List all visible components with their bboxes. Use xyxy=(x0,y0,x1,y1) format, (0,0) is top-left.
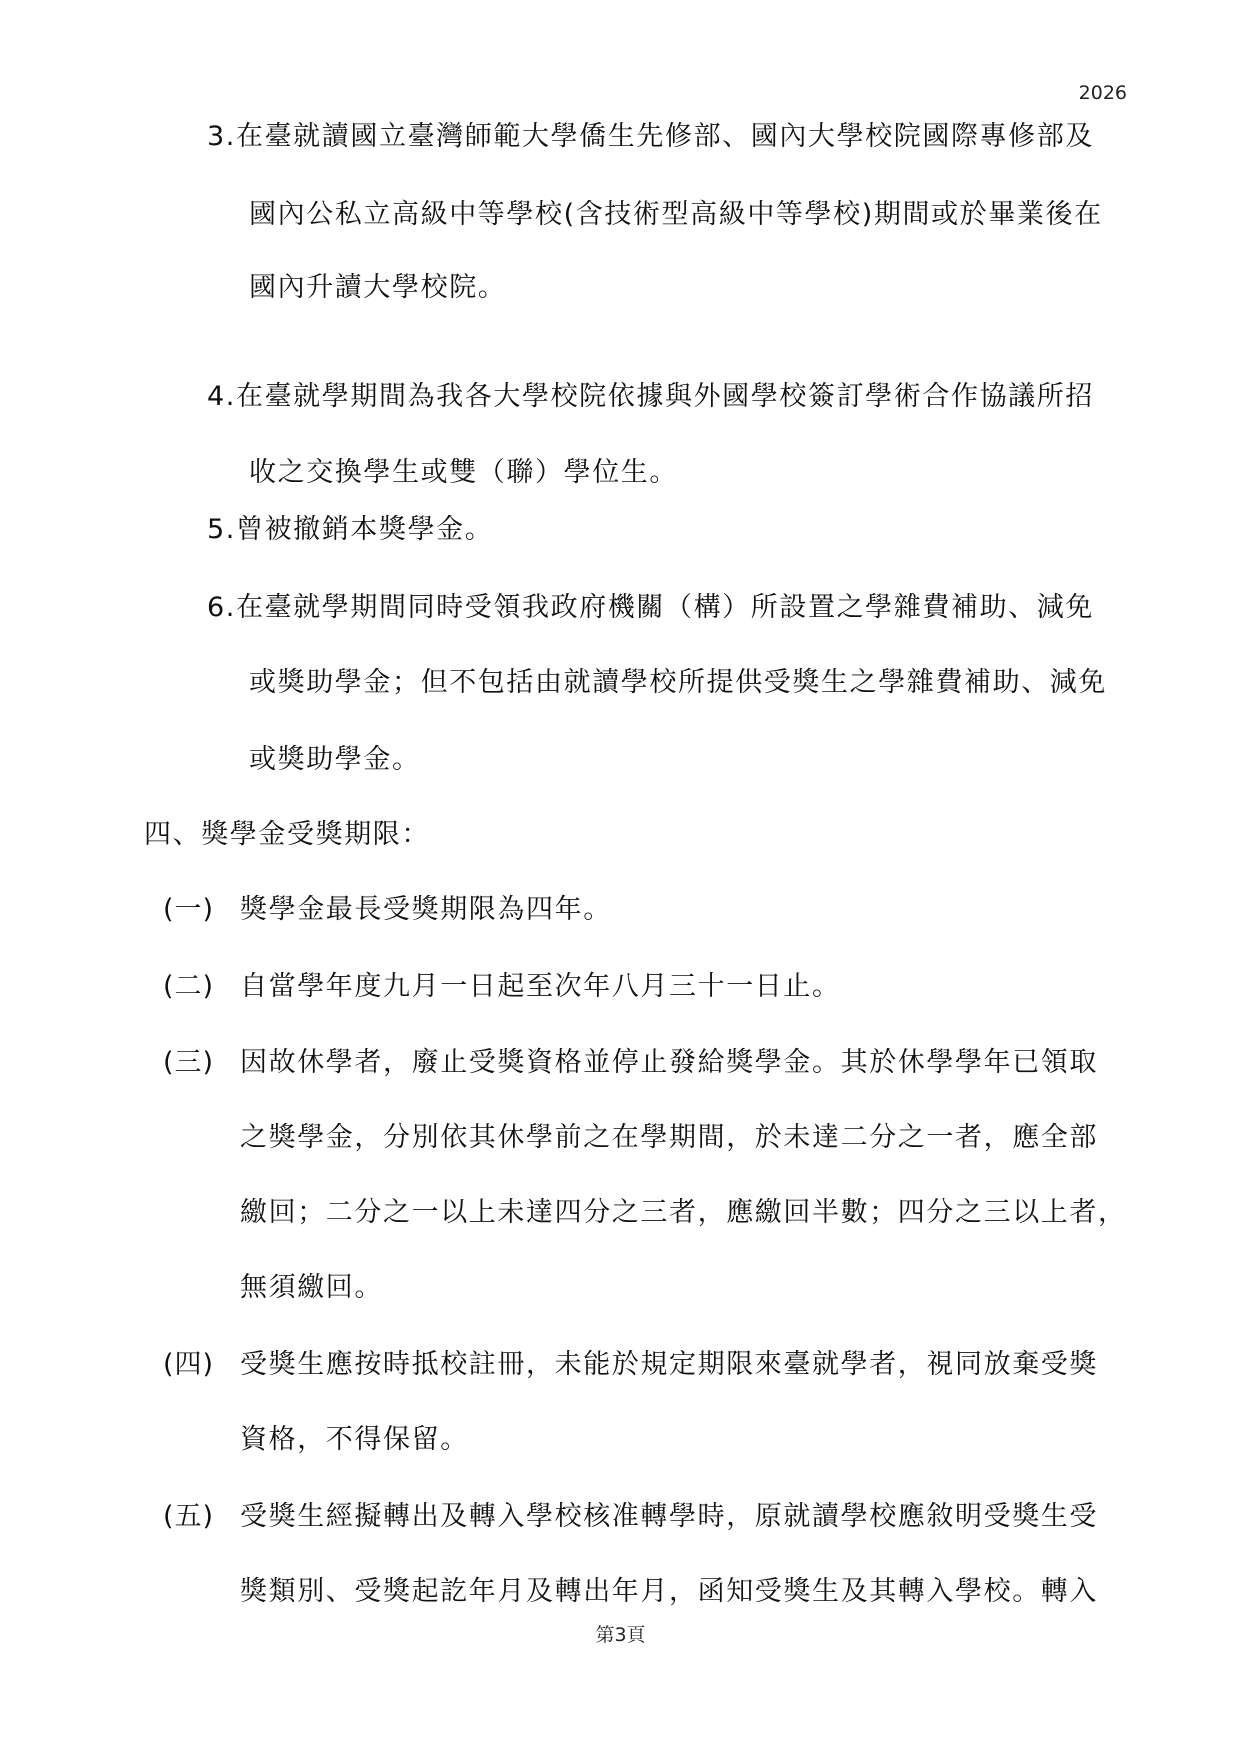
subitem-4-line-2: 資格，不得保留。 xyxy=(240,1420,469,1460)
list-item-6-line-2: 或獎助學金；但不包括由就讀學校所提供受獎生之學雜費補助、減免 xyxy=(249,663,1107,703)
list-number: 3. xyxy=(207,117,236,157)
list-item-3-line-3: 國內升讀大學校院。 xyxy=(249,268,506,308)
list-number: 6. xyxy=(207,588,236,628)
list-item-3-line-2: 國內公私立高級中等學校(含技術型高級中等學校)期間或於畢業後在 xyxy=(249,195,1103,235)
header-year: 2026 xyxy=(1079,82,1127,104)
list-item-4-line-1: 4.在臺就學期間為我各大學校院依據與外國學校簽訂學術合作協議所招 xyxy=(207,377,1094,417)
list-item-6-line-3: 或獎助學金。 xyxy=(249,740,421,780)
subitem-label-2: (二) xyxy=(163,967,214,1007)
list-number: 5. xyxy=(207,510,236,550)
subitem-3-line-4: 無須繳回。 xyxy=(240,1268,383,1308)
list-number: 4. xyxy=(207,377,236,417)
subitem-3-line-2: 之獎學金，分別依其休學前之在學期間，於未達二分之一者，應全部 xyxy=(240,1118,1098,1158)
subitem-label-3: (三) xyxy=(163,1043,214,1083)
subitem-label-1: (一) xyxy=(163,890,214,930)
subitem-2-line-1: 自當學年度九月一日起至次年八月三十一日止。 xyxy=(240,967,841,1007)
subitem-label-4: (四) xyxy=(163,1345,214,1385)
subitem-5-line-2: 獎類別、受獎起訖年月及轉出年月，函知受獎生及其轉入學校。轉入 xyxy=(240,1572,1098,1612)
subitem-4-line-1: 受獎生應按時抵校註冊，未能於規定期限來臺就學者，視同放棄受獎 xyxy=(240,1345,1098,1385)
section-heading: 四、獎學金受獎期限： xyxy=(144,815,430,855)
list-item-5-line-1: 5.曾被撤銷本獎學金。 xyxy=(207,510,493,550)
subitem-5-line-1: 受獎生經擬轉出及轉入學校核准轉學時，原就讀學校應敘明受獎生受 xyxy=(240,1497,1098,1537)
subitem-1-line-1: 獎學金最長受獎期限為四年。 xyxy=(240,890,612,930)
subitem-label-5: (五) xyxy=(163,1497,214,1537)
document-page: 2026 3. 在臺就讀國立臺灣師範大學僑生先修部、國內大學校院國際專修部及 國… xyxy=(0,0,1241,1755)
subitem-3-line-3: 繳回；二分之一以上未達四分之三者，應繳回半數；四分之三以上者， xyxy=(240,1193,1127,1233)
list-item-6-line-1: 6.在臺就學期間同時受領我政府機關（構）所設置之學雜費補助、減免 xyxy=(207,588,1094,628)
list-item-3-line-1: 3. 在臺就讀國立臺灣師範大學僑生先修部、國內大學校院國際專修部及 xyxy=(207,117,1094,157)
page-number-footer: 第3頁 xyxy=(0,1620,1241,1647)
list-item-4-line-2: 收之交換學生或雙（聯）學位生。 xyxy=(249,453,678,493)
subitem-3-line-1: 因故休學者，廢止受獎資格並停止發給獎學金。其於休學學年已領取 xyxy=(240,1043,1098,1083)
